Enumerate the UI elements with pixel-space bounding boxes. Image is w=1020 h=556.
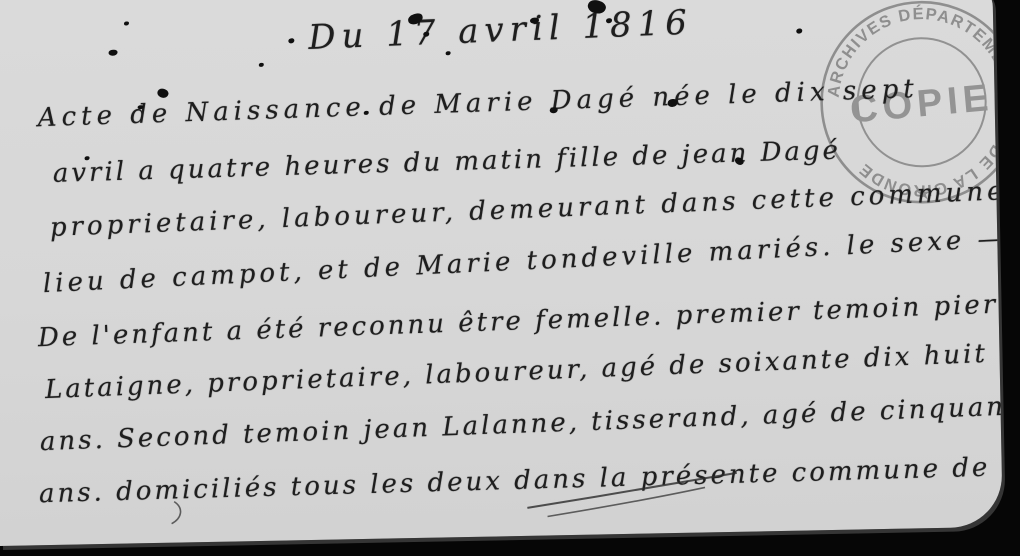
manuscript-line-6: Lataigne, proprietaire, laboureur, agé d… (44, 338, 1002, 405)
manuscript-line-7: ans. Second temoin jean Lalanne, tissera… (39, 391, 1002, 458)
scan-background: ARCHIVES DÉPARTEMENTALES DE LA GIRONDE ★… (0, 0, 1020, 556)
manuscript-line-8: ans. domiciliés tous les deux dans la pr… (39, 453, 991, 510)
document-page: ARCHIVES DÉPARTEMENTALES DE LA GIRONDE ★… (0, 0, 1003, 546)
manuscript-line-2: avril a quatre heures du matin fille de … (52, 136, 841, 189)
date-heading: Du 17 avril 1816 (308, 3, 694, 58)
manuscript-line-1: Acte de Naissance de Marie Dagé née le d… (37, 74, 919, 133)
